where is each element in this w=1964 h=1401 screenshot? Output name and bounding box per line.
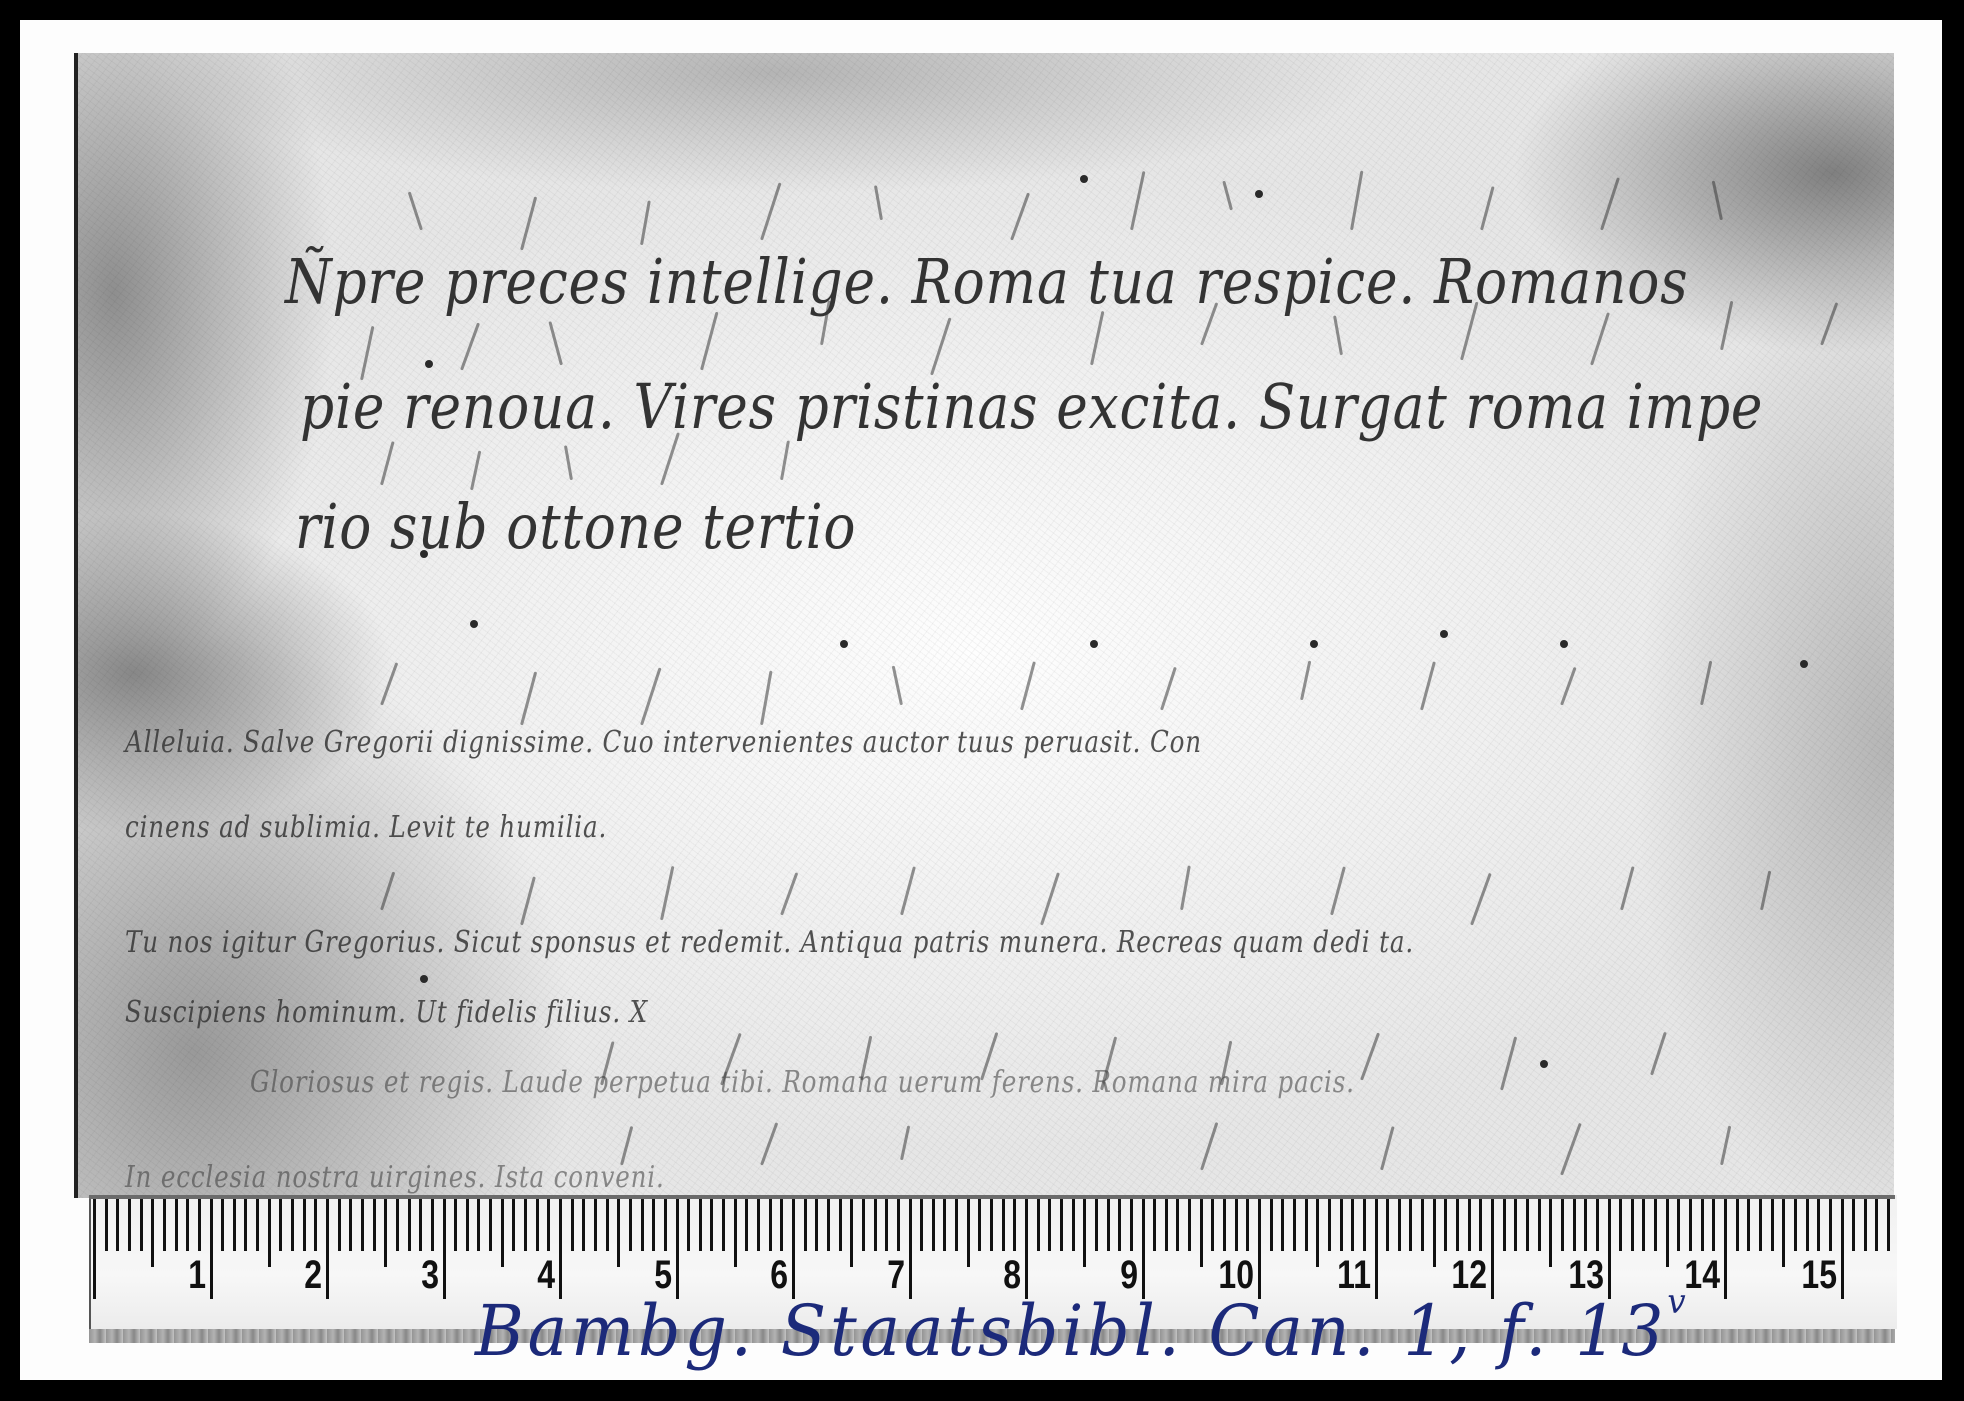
ruler-tick-mm	[1328, 1199, 1331, 1251]
ruler-tick-mm	[897, 1199, 900, 1251]
manuscript-line-large: pie renoua. Vires pristinas excita. Surg…	[300, 370, 1763, 443]
ruler-tick-mm	[1130, 1199, 1133, 1251]
ruler-tick-mm	[338, 1199, 341, 1251]
ruler-tick-half	[501, 1199, 504, 1267]
ruler-tick-half	[1316, 1199, 1319, 1267]
neume-stroke	[760, 671, 773, 726]
neume-stroke	[1600, 177, 1620, 230]
ruler-tick-mm	[1211, 1199, 1214, 1251]
caption-superscript: v	[1667, 1282, 1689, 1322]
ruler-tick-cm	[559, 1199, 562, 1299]
neume-stroke	[1470, 873, 1492, 926]
ruler-tick-mm	[629, 1199, 632, 1251]
ruler-tick-mm	[303, 1199, 306, 1251]
ruler-tick-mm	[1596, 1199, 1599, 1251]
ruler-tick-half	[384, 1199, 387, 1267]
ruler-tick-mm	[1107, 1199, 1110, 1251]
ruler-tick-mm	[594, 1199, 597, 1251]
neume-stroke	[640, 667, 661, 725]
ruler-tick-mm	[1153, 1199, 1156, 1251]
neume-stroke	[380, 871, 395, 910]
ruler-tick-half	[1549, 1199, 1552, 1267]
neume-stroke	[1222, 181, 1233, 211]
ruler-tick-mm	[140, 1199, 143, 1251]
ruler-tick-mm	[1887, 1199, 1890, 1251]
neume-stroke	[380, 662, 398, 705]
neume-stroke	[1700, 661, 1712, 706]
neume-stroke	[1300, 661, 1311, 701]
ruler-tick-mm	[1817, 1199, 1820, 1251]
ruler-tick-mm	[1526, 1199, 1529, 1251]
ruler-tick-mm	[1444, 1199, 1447, 1251]
ruler-tick-mm	[1771, 1199, 1774, 1251]
ruler-tick-cm	[1608, 1199, 1611, 1299]
neume-dot	[1080, 175, 1088, 183]
ruler-tick-mm	[1875, 1199, 1878, 1251]
neume-stroke	[1330, 866, 1346, 915]
ruler-tick-mm	[536, 1199, 539, 1251]
ruler-tick-mm	[408, 1199, 411, 1251]
ruler-tick-mm	[1165, 1199, 1168, 1251]
ruler-tick-mm	[990, 1199, 993, 1251]
neume-stroke	[520, 876, 536, 925]
ruler-tick-mm	[827, 1199, 830, 1251]
ruler-tick-cm	[1724, 1199, 1727, 1299]
ruler-tick-mm	[1048, 1199, 1051, 1251]
neume-stroke	[1820, 302, 1838, 345]
ruler-tick-mm	[431, 1199, 434, 1251]
neume-dot	[1800, 660, 1808, 668]
neume-stroke	[1590, 312, 1610, 365]
ruler-tick-half	[1083, 1199, 1086, 1267]
ruler-tick-mm	[1642, 1199, 1645, 1251]
ruler-tick-mm	[1701, 1199, 1704, 1251]
ruler-tick-mm	[175, 1199, 178, 1251]
neume-stroke	[874, 185, 883, 220]
ruler-tick-cm	[1841, 1199, 1844, 1299]
neume-dot	[420, 550, 428, 558]
ruler-tick-mm	[687, 1199, 690, 1251]
neume-stroke	[1620, 866, 1635, 910]
ruler-tick-mm	[116, 1199, 119, 1251]
ruler-tick-mm	[524, 1199, 527, 1251]
ruler-tick-mm	[978, 1199, 981, 1251]
ruler-tick-mm	[1340, 1199, 1343, 1251]
neume-dot	[1255, 190, 1263, 198]
ruler-tick-mm	[1223, 1199, 1226, 1251]
ruler-tick-mm	[373, 1199, 376, 1251]
ruler-tick-mm	[1584, 1199, 1587, 1251]
neume-stroke	[1010, 193, 1030, 241]
ruler-tick-mm	[780, 1199, 783, 1251]
manuscript-line-large: rio sub ottone tertio	[295, 490, 856, 563]
neume-stroke	[460, 323, 480, 371]
ruler-tick-cm	[1491, 1199, 1494, 1299]
neume-stroke	[1650, 1032, 1667, 1076]
ruler-tick-mm	[1235, 1199, 1238, 1251]
ruler-tick-half	[1666, 1199, 1669, 1267]
neume-stroke	[892, 666, 903, 706]
ruler-tick-mm	[1503, 1199, 1506, 1251]
ruler-cm-label: 3	[391, 1253, 439, 1298]
ruler-tick-mm	[349, 1199, 352, 1251]
neume-dot	[840, 640, 848, 648]
ruler-tick-mm	[757, 1199, 760, 1251]
ruler-tick-mm	[1573, 1199, 1576, 1251]
ruler-tick-cm	[1025, 1199, 1028, 1299]
ruler-tick-mm	[862, 1199, 865, 1251]
ruler-tick-cm	[676, 1199, 679, 1299]
neume-stroke	[760, 182, 781, 240]
manuscript-line-small: Alleluia. Salve Gregorii dignissime. Cuo…	[125, 725, 1202, 760]
ruler-tick-mm	[1654, 1199, 1657, 1251]
neume-stroke	[1333, 315, 1343, 355]
ruler-tick-mm	[1188, 1199, 1191, 1251]
ruler-tick-mm	[361, 1199, 364, 1251]
neume-dot	[1560, 640, 1568, 648]
ruler-tick-mm	[1852, 1199, 1855, 1251]
ruler-cm-label: 15	[1789, 1253, 1837, 1298]
ruler-tick-mm	[419, 1199, 422, 1251]
neume-stroke	[548, 321, 563, 365]
ruler-tick-mm	[489, 1199, 492, 1251]
ruler-tick-mm	[1398, 1199, 1401, 1251]
ruler-tick-mm	[186, 1199, 189, 1251]
neume-dot	[420, 975, 428, 983]
ruler-tick-mm	[1794, 1199, 1797, 1251]
ruler-tick-mm	[1677, 1199, 1680, 1251]
neume-stroke	[1760, 871, 1771, 911]
ruler-tick-mm	[699, 1199, 702, 1251]
ruler-tick-mm	[641, 1199, 644, 1251]
neume-stroke	[1560, 667, 1576, 706]
neume-dot	[1540, 1060, 1548, 1068]
neume-stroke	[700, 312, 718, 371]
neume-stroke	[1380, 1126, 1395, 1170]
ruler-tick-half	[967, 1199, 970, 1267]
ruler-tick-mm	[1118, 1199, 1121, 1251]
neume-dot	[1310, 640, 1318, 648]
ruler-tick-mm	[163, 1199, 166, 1251]
ruler-tick-mm	[1514, 1199, 1517, 1251]
neume-stroke	[780, 440, 790, 480]
ruler-tick-cm	[1375, 1199, 1378, 1299]
ruler-tick-mm	[1736, 1199, 1739, 1251]
manuscript-line-small: Suscipiens hominum. Ut fidelis filius. X	[125, 995, 648, 1030]
manuscript-line-small: In ecclesia nostra uirgines. Ista conven…	[125, 1160, 665, 1195]
ruler-tick-mm	[1538, 1199, 1541, 1251]
ruler-tick-cm	[909, 1199, 912, 1299]
ruler-tick-mm	[1631, 1199, 1634, 1251]
neume-stroke	[1720, 1126, 1731, 1166]
ruler-tick-mm	[920, 1199, 923, 1251]
ruler-tick-mm	[1468, 1199, 1471, 1251]
ruler-tick-cm	[792, 1199, 795, 1299]
ruler-tick-mm	[547, 1199, 550, 1251]
manuscript-line-small: cinens ad sublimia. Levit te humilia.	[125, 810, 607, 845]
ruler-tick-mm	[652, 1199, 655, 1251]
ruler-tick-half	[1782, 1199, 1785, 1267]
ruler-tick-cm	[326, 1199, 329, 1299]
ruler-tick-mm	[1409, 1199, 1412, 1251]
ruler-tick-mm	[1270, 1199, 1273, 1251]
ruler-tick-mm	[932, 1199, 935, 1251]
ruler-tick-mm	[1829, 1199, 1832, 1251]
manuscript-line-small: Gloriosus et regis. Laude perpetua tibi.…	[250, 1065, 1355, 1100]
neume-stroke	[1040, 872, 1060, 925]
ruler-tick-half	[1200, 1199, 1203, 1267]
neume-dot	[425, 360, 433, 368]
neume-stroke	[1160, 667, 1177, 711]
neume-stroke	[930, 317, 951, 375]
ruler-tick-mm	[1246, 1199, 1249, 1251]
ruler-tick-mm	[1747, 1199, 1750, 1251]
neume-stroke	[1420, 661, 1436, 710]
ruler-tick-mm	[1386, 1199, 1389, 1251]
ruler-tick-mm	[943, 1199, 946, 1251]
ruler-tick-half	[268, 1199, 271, 1267]
ruler-tick-mm	[839, 1199, 842, 1251]
ruler-tick-mm	[1456, 1199, 1459, 1251]
ruler-tick-cm	[1258, 1199, 1261, 1299]
neume-stroke	[1130, 171, 1145, 230]
ruler-tick-mm	[1479, 1199, 1482, 1251]
ruler-tick-mm	[710, 1199, 713, 1251]
ruler-tick-mm	[291, 1199, 294, 1251]
neume-stroke	[470, 451, 481, 491]
ruler-tick-mm	[279, 1199, 282, 1251]
ruler-tick-mm	[466, 1199, 469, 1251]
ruler-tick-mm	[454, 1199, 457, 1251]
ruler-tick-mm	[1176, 1199, 1179, 1251]
ruler-tick-mm	[955, 1199, 958, 1251]
ruler-tick-mm	[1060, 1199, 1063, 1251]
ruler-tick-cm	[1142, 1199, 1145, 1299]
ruler-tick-mm	[1864, 1199, 1867, 1251]
ruler-tick-mm	[1072, 1199, 1075, 1251]
ruler-tick-mm	[885, 1199, 888, 1251]
neume-stroke	[900, 866, 916, 915]
ruler-tick-mm	[571, 1199, 574, 1251]
ruler-tick-mm	[1037, 1199, 1040, 1251]
neume-stroke	[1500, 1036, 1517, 1090]
ruler-tick-mm	[745, 1199, 748, 1251]
ruler-tick-half	[1433, 1199, 1436, 1267]
manuscript-page: Ñpre preces intellige. Roma tua respice.…	[74, 53, 1894, 1198]
ruler-tick-mm	[1806, 1199, 1809, 1251]
ruler-tick-mm	[396, 1199, 399, 1251]
ruler-tick-mm	[128, 1199, 131, 1251]
ruler-tick-mm	[512, 1199, 515, 1251]
ruler-tick-half	[617, 1199, 620, 1267]
ruler-cm-label: 1	[158, 1253, 206, 1298]
neume-stroke	[760, 1122, 778, 1165]
ruler-tick-mm	[233, 1199, 236, 1251]
neume-stroke	[640, 200, 651, 245]
ruler-tick-mm	[314, 1199, 317, 1251]
neume-stroke	[900, 1125, 910, 1160]
ruler-tick-mm	[722, 1199, 725, 1251]
manuscript-line-small: Tu nos igitur Gregorius. Sicut sponsus e…	[125, 925, 1414, 960]
ruler-tick-half	[850, 1199, 853, 1267]
ruler-tick-mm	[1759, 1199, 1762, 1251]
ruler-tick-half	[151, 1199, 154, 1267]
ruler-tick-mm	[1293, 1199, 1296, 1251]
ruler-tick-mm	[1689, 1199, 1692, 1251]
ruler-tick-mm	[664, 1199, 667, 1251]
neume-stroke	[1480, 186, 1495, 230]
ruler-tick-mm	[1351, 1199, 1354, 1251]
ruler-tick-mm	[1095, 1199, 1098, 1251]
ruler-tick-mm	[105, 1199, 108, 1251]
ruler-tick-mm	[1305, 1199, 1308, 1251]
ruler-tick-mm	[769, 1199, 772, 1251]
ruler-tick-mm	[244, 1199, 247, 1251]
ruler-tick-mm	[1002, 1199, 1005, 1251]
neume-stroke	[660, 866, 674, 920]
neume-stroke	[1090, 311, 1104, 365]
neume-stroke	[1712, 181, 1723, 221]
ruler-tick-mm	[582, 1199, 585, 1251]
neume-stroke	[564, 445, 573, 480]
neume-stroke	[1350, 171, 1363, 231]
ruler-tick-mm	[198, 1199, 201, 1251]
neume-stroke	[1020, 661, 1036, 710]
neume-dot	[1440, 630, 1448, 638]
shelfmark-caption: Bambg. Staatsbibl. Can. 1, f. 13v	[475, 1290, 1689, 1372]
neume-stroke	[1720, 301, 1733, 351]
ruler-tick-mm	[874, 1199, 877, 1251]
ruler-tick-cm	[443, 1199, 446, 1299]
neume-stroke	[380, 441, 395, 485]
neume-stroke	[1180, 865, 1191, 910]
ruler-cm-label: 2	[274, 1253, 322, 1298]
ruler-tick-mm	[1281, 1199, 1284, 1251]
neume-stroke	[1200, 1122, 1218, 1170]
ruler-tick-cm	[93, 1199, 96, 1299]
ruler-tick-mm	[606, 1199, 609, 1251]
neume-dot	[1090, 640, 1098, 648]
ruler-tick-mm	[477, 1199, 480, 1251]
ruler-tick-mm	[804, 1199, 807, 1251]
ruler-tick-mm	[815, 1199, 818, 1251]
ruler-tick-mm	[1619, 1199, 1622, 1251]
ruler-tick-mm	[1363, 1199, 1366, 1251]
ruler-tick-mm	[1561, 1199, 1564, 1251]
neume-stroke	[1360, 1033, 1380, 1081]
neume-stroke	[520, 196, 537, 250]
ruler-tick-mm	[1712, 1199, 1715, 1251]
caption-text: Bambg. Staatsbibl. Can. 1, f. 13	[475, 1290, 1667, 1372]
neume-dot	[470, 620, 478, 628]
ruler-tick-mm	[256, 1199, 259, 1251]
manuscript-line-large: Ñpre preces intellige. Roma tua respice.…	[285, 245, 1688, 318]
neume-stroke	[408, 191, 423, 230]
neume-stroke	[1560, 1123, 1582, 1176]
neume-stroke	[780, 872, 798, 915]
ruler-tick-mm	[221, 1199, 224, 1251]
neume-stroke	[520, 671, 537, 725]
ruler-tick-mm	[1421, 1199, 1424, 1251]
ruler-tick-mm	[1013, 1199, 1016, 1251]
ruler-tick-cm	[210, 1199, 213, 1299]
ruler-tick-half	[734, 1199, 737, 1267]
